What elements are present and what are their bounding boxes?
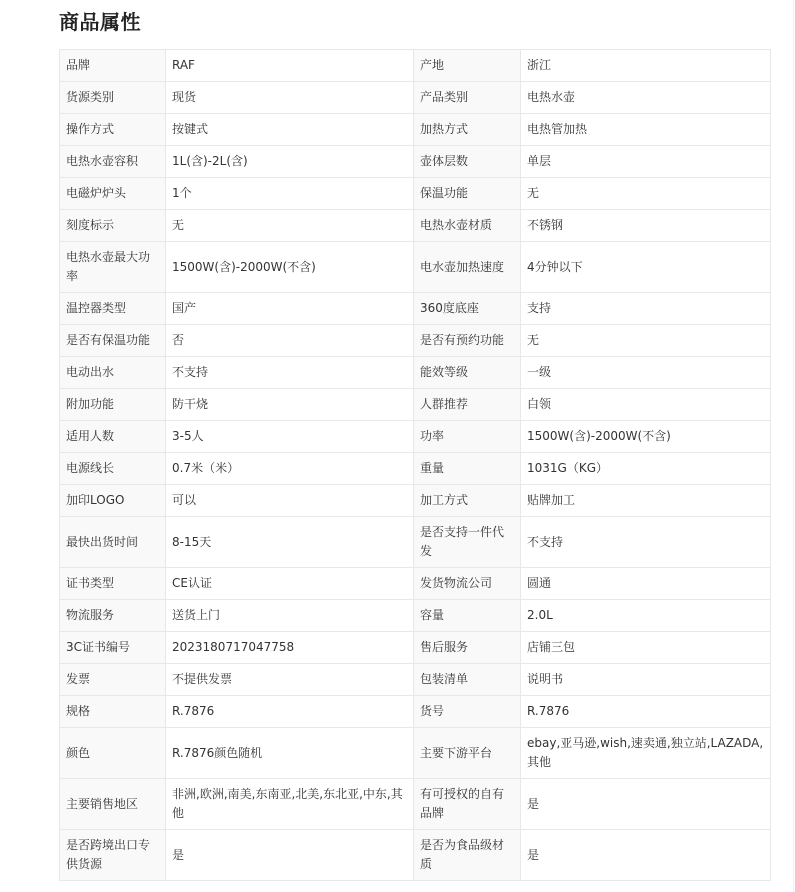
attribute-value: 现货: [166, 82, 414, 114]
attribute-value: 电热水壶: [521, 82, 771, 114]
attribute-value: 是: [166, 830, 414, 881]
attribute-value: 不锈钢: [521, 210, 771, 242]
attribute-value: 国产: [166, 293, 414, 325]
attribute-value: 1500W(含)-2000W(不含): [166, 242, 414, 293]
attribute-label: 售后服务: [414, 632, 521, 664]
table-row: 加印LOGO可以加工方式贴牌加工: [60, 485, 771, 517]
attribute-value: CE认证: [166, 568, 414, 600]
attribute-label: 电热水壶容积: [60, 146, 166, 178]
attribute-value: 1L(含)-2L(含): [166, 146, 414, 178]
attribute-value: 贴牌加工: [521, 485, 771, 517]
attribute-label: 电热水壶最大功率: [60, 242, 166, 293]
attribute-value: R.7876颜色随机: [166, 728, 414, 779]
table-row: 货源类别现货产品类别电热水壶: [60, 82, 771, 114]
table-row: 是否跨境出口专供货源是是否为食品级材质是: [60, 830, 771, 881]
attribute-label: 容量: [414, 600, 521, 632]
attribute-value: 按键式: [166, 114, 414, 146]
attribute-label: 是否有预约功能: [414, 325, 521, 357]
table-row: 电热水壶最大功率1500W(含)-2000W(不含)电水壶加热速度4分钟以下: [60, 242, 771, 293]
attribute-label: 加工方式: [414, 485, 521, 517]
attribute-label: 主要下游平台: [414, 728, 521, 779]
attribute-value: R.7876: [521, 696, 771, 728]
attribute-value: 2.0L: [521, 600, 771, 632]
attribute-label: 人群推荐: [414, 389, 521, 421]
table-row: 电热水壶容积1L(含)-2L(含)壶体层数单层: [60, 146, 771, 178]
attribute-label: 颜色: [60, 728, 166, 779]
section-title: 商品属性: [59, 6, 141, 35]
attribute-label: 电动出水: [60, 357, 166, 389]
table-row: 规格R.7876货号R.7876: [60, 696, 771, 728]
attribute-value: 防干烧: [166, 389, 414, 421]
attribute-value: 无: [521, 178, 771, 210]
attribute-label: 电磁炉炉头: [60, 178, 166, 210]
attribute-value: 不提供发票: [166, 664, 414, 696]
attribute-label: 能效等级: [414, 357, 521, 389]
table-row: 刻度标示无电热水壶材质不锈钢: [60, 210, 771, 242]
attribute-value: 非洲,欧洲,南美,东南亚,北美,东北亚,中东,其他: [166, 779, 414, 830]
attribute-label: 主要销售地区: [60, 779, 166, 830]
attribute-value: 白领: [521, 389, 771, 421]
attribute-value: 无: [166, 210, 414, 242]
attribute-label: 规格: [60, 696, 166, 728]
page-divider: [793, 0, 794, 892]
attribute-label: 货号: [414, 696, 521, 728]
attribute-label: 功率: [414, 421, 521, 453]
attribute-label: 360度底座: [414, 293, 521, 325]
attribute-label: 货源类别: [60, 82, 166, 114]
table-row: 适用人数3-5人功率1500W(含)-2000W(不含): [60, 421, 771, 453]
attribute-label: 是否支持一件代发: [414, 517, 521, 568]
attribute-label: 3C证书编号: [60, 632, 166, 664]
attribute-value: 1500W(含)-2000W(不含): [521, 421, 771, 453]
attribute-label: 发货物流公司: [414, 568, 521, 600]
table-row: 温控器类型国产360度底座支持: [60, 293, 771, 325]
table-row: 是否有保温功能否是否有预约功能无: [60, 325, 771, 357]
attribute-label: 电源线长: [60, 453, 166, 485]
attribute-value: 送货上门: [166, 600, 414, 632]
attribute-value: 1个: [166, 178, 414, 210]
attribute-label: 刻度标示: [60, 210, 166, 242]
attribute-label: 是否为食品级材质: [414, 830, 521, 881]
attribute-label: 产地: [414, 50, 521, 82]
attribute-label: 是否有保温功能: [60, 325, 166, 357]
attribute-label: 电水壶加热速度: [414, 242, 521, 293]
table-row: 操作方式按键式加热方式电热管加热: [60, 114, 771, 146]
table-row: 物流服务送货上门容量2.0L: [60, 600, 771, 632]
attribute-value: 一级: [521, 357, 771, 389]
table-row: 品牌RAF产地浙江: [60, 50, 771, 82]
attribute-value: 4分钟以下: [521, 242, 771, 293]
attribute-value: 是: [521, 830, 771, 881]
attribute-value: 无: [521, 325, 771, 357]
attribute-value: 不支持: [521, 517, 771, 568]
table-row: 发票不提供发票包装清单说明书: [60, 664, 771, 696]
attribute-value: ebay,亚马逊,wish,速卖通,独立站,LAZADA,其他: [521, 728, 771, 779]
table-row: 附加功能防干烧人群推荐白领: [60, 389, 771, 421]
attribute-label: 产品类别: [414, 82, 521, 114]
attribute-label: 物流服务: [60, 600, 166, 632]
attribute-value: 8-15天: [166, 517, 414, 568]
table-row: 主要销售地区非洲,欧洲,南美,东南亚,北美,东北亚,中东,其他有可授权的自有品牌…: [60, 779, 771, 830]
attribute-label: 重量: [414, 453, 521, 485]
attribute-label: 发票: [60, 664, 166, 696]
attribute-label: 保温功能: [414, 178, 521, 210]
attribute-label: 电热水壶材质: [414, 210, 521, 242]
attribute-value: 店铺三包: [521, 632, 771, 664]
attribute-value: 支持: [521, 293, 771, 325]
table-row: 证书类型CE认证发货物流公司圆通: [60, 568, 771, 600]
attribute-label: 有可授权的自有品牌: [414, 779, 521, 830]
attribute-value: 电热管加热: [521, 114, 771, 146]
table-row: 电磁炉炉头1个保温功能无: [60, 178, 771, 210]
attribute-value: R.7876: [166, 696, 414, 728]
attribute-label: 温控器类型: [60, 293, 166, 325]
attribute-label: 加印LOGO: [60, 485, 166, 517]
attribute-label: 包装清单: [414, 664, 521, 696]
table-row: 颜色R.7876颜色随机主要下游平台ebay,亚马逊,wish,速卖通,独立站,…: [60, 728, 771, 779]
attribute-label: 壶体层数: [414, 146, 521, 178]
attribute-value: 3-5人: [166, 421, 414, 453]
product-attributes-table: 品牌RAF产地浙江货源类别现货产品类别电热水壶操作方式按键式加热方式电热管加热电…: [59, 49, 771, 881]
attribute-value: 2023180717047758: [166, 632, 414, 664]
attribute-label: 附加功能: [60, 389, 166, 421]
attribute-value: 是: [521, 779, 771, 830]
attribute-label: 品牌: [60, 50, 166, 82]
attribute-value: 否: [166, 325, 414, 357]
table-row: 电动出水不支持能效等级一级: [60, 357, 771, 389]
attribute-label: 证书类型: [60, 568, 166, 600]
attribute-value: 浙江: [521, 50, 771, 82]
attribute-value: 不支持: [166, 357, 414, 389]
attribute-value: 说明书: [521, 664, 771, 696]
attribute-value: 1031G（KG）: [521, 453, 771, 485]
attribute-value: 可以: [166, 485, 414, 517]
table-row: 最快出货时间8-15天是否支持一件代发不支持: [60, 517, 771, 568]
attribute-label: 是否跨境出口专供货源: [60, 830, 166, 881]
table-row: 电源线长0.7米（米）重量1031G（KG）: [60, 453, 771, 485]
attribute-value: 0.7米（米）: [166, 453, 414, 485]
attribute-value: 圆通: [521, 568, 771, 600]
table-row: 3C证书编号2023180717047758售后服务店铺三包: [60, 632, 771, 664]
attribute-label: 操作方式: [60, 114, 166, 146]
attribute-label: 最快出货时间: [60, 517, 166, 568]
attribute-value: 单层: [521, 146, 771, 178]
attribute-label: 适用人数: [60, 421, 166, 453]
attribute-label: 加热方式: [414, 114, 521, 146]
attribute-value: RAF: [166, 50, 414, 82]
